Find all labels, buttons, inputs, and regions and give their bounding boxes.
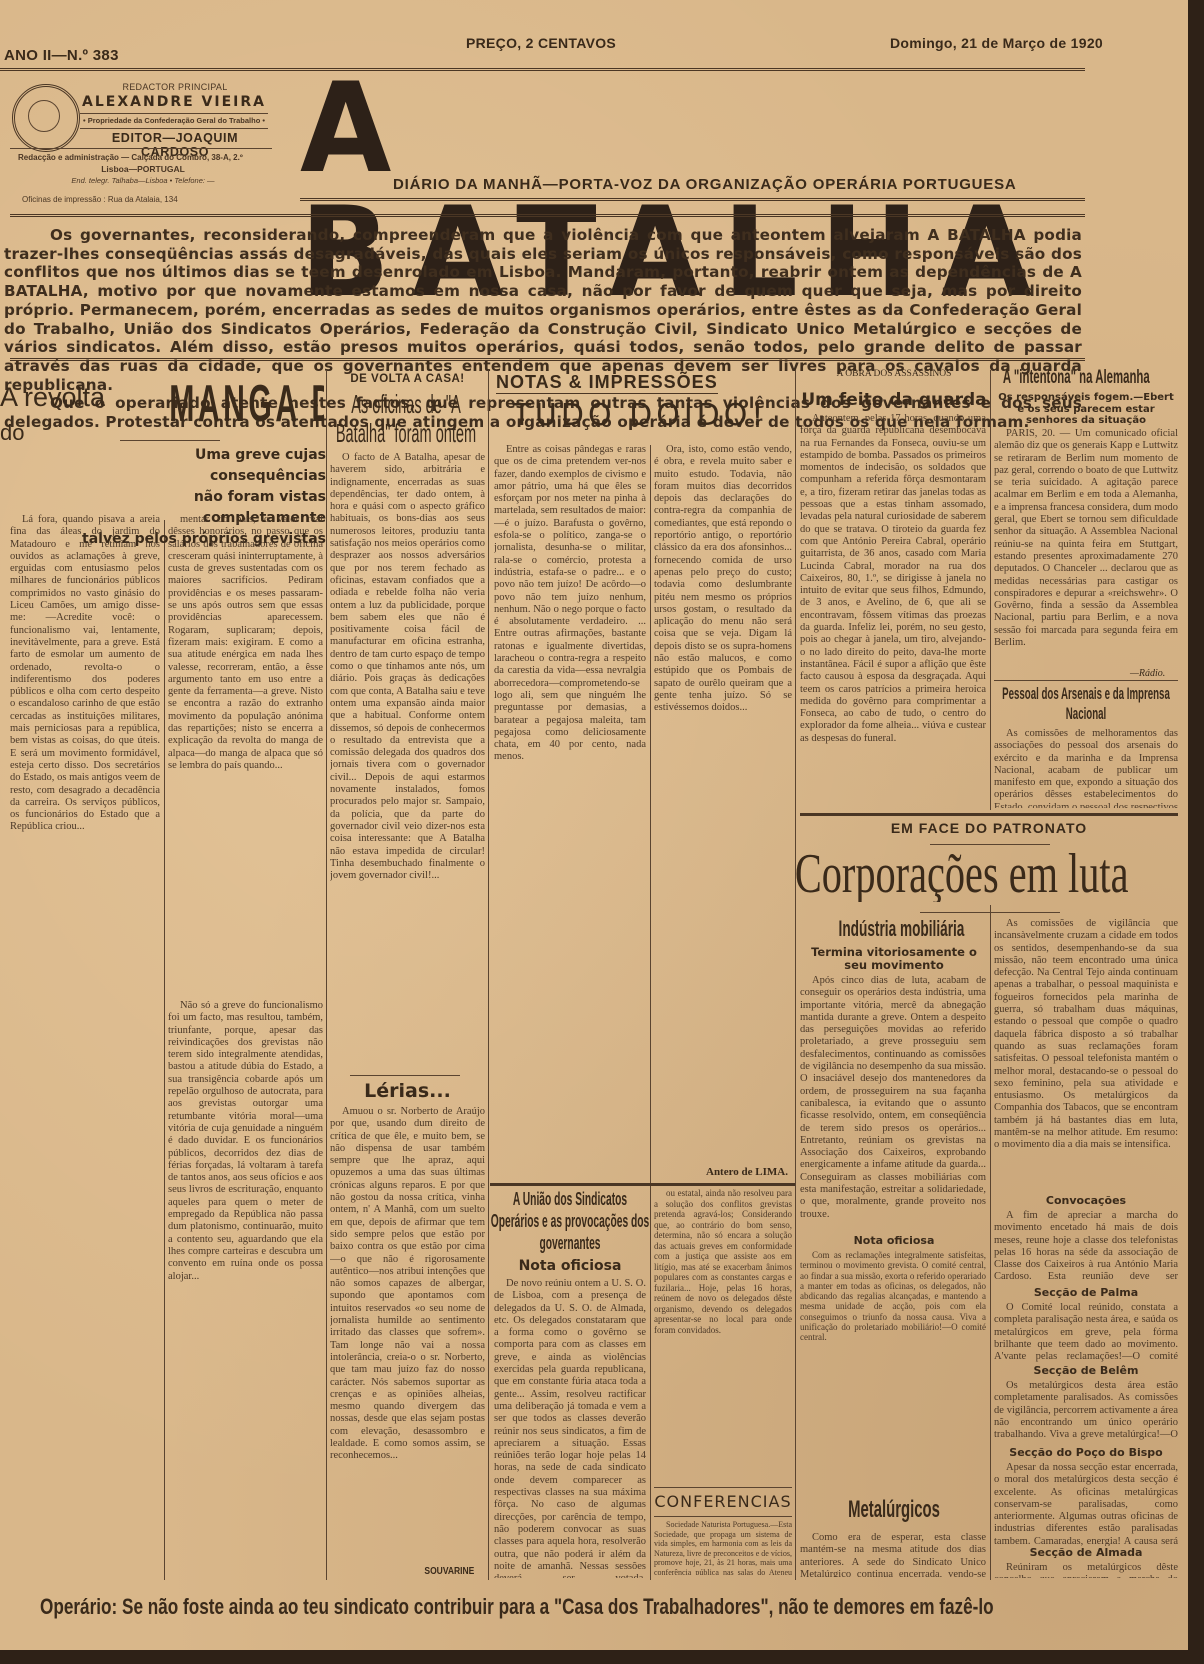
metal-title: Metalúrgicos <box>848 1496 940 1524</box>
intentona-kicker-wrap: A "intentona" na Alemanha <box>994 367 1184 389</box>
conferencias-title: CONFERENCIAS <box>652 1492 794 1511</box>
telegraph: End. telegr. Talhaba—Lisboa • Telefone: … <box>18 176 268 185</box>
uniao-body-text: De novo reúniu ontem a U. S. O. de Lisbo… <box>494 1278 646 1578</box>
convocacoes-body: A fim de apreciar a marcha do movimento … <box>994 1210 1178 1283</box>
lerias-signature: SOUVARINE <box>424 1566 474 1577</box>
mobiliaria-deck: Termina vitoriosamente o seu movimento <box>805 946 983 972</box>
belem-body: Os metalúrgicos desta área estão complet… <box>994 1380 1178 1440</box>
lede-bottom-rule <box>10 358 1085 364</box>
oficinas-body: O facto de A Batalha, apesar de haverem … <box>330 452 485 997</box>
divider <box>350 1075 460 1076</box>
palma-title: Secção de Palma <box>994 1286 1178 1299</box>
obra-body-text: Anteontem, pelas 17 horas, quando uma fô… <box>800 413 986 745</box>
palma-body: O Comité local reúnido, constata a compl… <box>994 1302 1178 1362</box>
metal-body-text: Como era de esperar, esta classe mantém-… <box>800 1532 986 1577</box>
lerias-body: Amuou o sr. Norberto de Araújo por que, … <box>330 1106 485 1561</box>
masthead-rule <box>300 198 1085 204</box>
intentona-kicker: A "intentona" na Alemanha <box>1003 367 1150 389</box>
arsenais-title-wrap: Pessoal dos Arsenais e da Imprensa Nacio… <box>992 684 1180 728</box>
newspaper-page: ANO II—N.º 383 PREÇO, 2 CENTAVOS Domingo… <box>0 0 1188 1650</box>
nota-oficiosa-title: Nota oficiosa <box>800 1234 988 1247</box>
notas-col-2-text: Ora, isto, como estão vendo, é obra, e r… <box>654 444 792 715</box>
belem-title: Secção de Belêm <box>994 1364 1178 1377</box>
footer-banner-wrap: Operário: Se não foste ainda ao teu sind… <box>40 1594 1140 1624</box>
nota-oficiosa-body-text: Com as reclamações integralmente satisfe… <box>800 1250 986 1343</box>
corporacoes-col-2: As comissões de vigilância que incansàve… <box>994 918 1178 1190</box>
convocacoes-body-text: A fim de apreciar a marcha do movimento … <box>994 1210 1178 1283</box>
column-rule <box>990 905 991 1580</box>
metal-body: Como era de esperar, esta classe mantém-… <box>800 1532 986 1577</box>
oficinas-kicker: DE VOLTA A CASA! <box>330 373 485 385</box>
oficinas-title-wrap: As oficinas de "A Batalha" foram ontem r… <box>328 390 486 450</box>
poco-bispo-title: Secção do Poço do Bispo <box>994 1446 1178 1459</box>
poco-bispo-body-text: Apesar da nossa secção estar encerrada, … <box>994 1462 1178 1546</box>
corporacoes-title-wrap: Corporações em luta <box>790 846 1190 902</box>
arsenais-body: As comissões de melhoramentos das associ… <box>994 728 1178 808</box>
divider <box>80 113 268 114</box>
conferencias-body-text: Sociedade Naturista Portuguesa.—Esta Soc… <box>654 1520 792 1575</box>
manga-col-2: mentar do país, o valor real dêsses hono… <box>168 514 323 986</box>
revolta-kicker-2: do <box>0 420 24 446</box>
cgt-seal-icon <box>12 84 80 152</box>
column-rule <box>164 520 165 1580</box>
redactor-label: REDACTOR PRINCIPAL <box>95 82 255 92</box>
corporacoes-col-2-text: As comissões de vigilância que incansàve… <box>994 918 1178 1152</box>
conferencias-body: Sociedade Naturista Portuguesa.—Esta Soc… <box>654 1520 792 1575</box>
divider <box>80 128 268 129</box>
page-bottom-shadow <box>0 1650 1204 1664</box>
almada-body-text: Reúniram os metalúrgicos dêste concelho … <box>994 1562 1178 1578</box>
lede-top-rule <box>10 214 1085 220</box>
date: Domingo, 21 de Março de 1920 <box>890 35 1103 51</box>
oficinas-body-text: O facto de A Batalha, apesar de haverem … <box>330 452 485 882</box>
convocacoes-title: Convocações <box>994 1194 1178 1207</box>
intentona-deck: Os responsáveis fogem.—Ebert e os seus p… <box>994 392 1178 427</box>
divider <box>654 1487 792 1488</box>
printing-address: Oficinas de impressão : Rua da Atalaia, … <box>22 195 272 204</box>
notas-signature: Antero de LIMA. <box>706 1166 788 1178</box>
almada-title: Secção de Almada <box>994 1546 1178 1559</box>
footer-banner: Operário: Se não foste ainda ao teu sind… <box>40 1594 994 1620</box>
page-edge-shadow <box>1188 0 1204 1664</box>
divider <box>654 1516 792 1517</box>
issue-number: ANO II—N.º 383 <box>4 47 119 64</box>
manga-deck-1: Uma greve cujas consequências <box>82 445 326 487</box>
column-rule <box>990 370 991 810</box>
manga-col-1-text: Lá fora, quando pisava a areia fina das … <box>10 514 160 834</box>
address-city: Lisboa—PORTUGAL <box>18 164 268 174</box>
column-rule <box>795 370 796 1580</box>
divider <box>490 1183 795 1186</box>
divider <box>930 844 1050 845</box>
obra-title: Um feito da guarda <box>798 390 990 410</box>
almada-body: Reúniram os metalúrgicos dêste concelho … <box>994 1562 1178 1578</box>
notas-col-2: Ora, isto, como estão vendo, é obra, e r… <box>654 444 792 1164</box>
corporacoes-title: Corporações em luta <box>795 846 1129 902</box>
notas-title: TUDO DOIDO! <box>490 398 790 433</box>
mobiliaria-title-wrap: Indústria mobiliária <box>800 916 988 942</box>
corporacoes-kicker: EM FACE DO PATRONATO <box>800 820 1178 836</box>
mobiliaria-body-text: Após cinco dias de luta, acabam de conse… <box>800 975 986 1221</box>
column-rule <box>488 370 489 1580</box>
lerias-body-text: Amuou o sr. Norberto de Araújo por que, … <box>330 1106 485 1463</box>
mobiliaria-body: Após cinco dias de luta, acabam de conse… <box>800 975 986 1230</box>
uniao-subtitle: Nota oficiosa <box>490 1258 650 1274</box>
divider <box>994 680 1178 681</box>
address-line: Redacção e administração — Calçada do Co… <box>18 153 268 162</box>
mobiliaria-title: Indústria mobiliária <box>839 916 965 942</box>
divider <box>920 912 1060 913</box>
redactor-name: ALEXANDRE VIEIRA <box>80 94 268 110</box>
uniao-col-2-text: ou estatal, ainda não resolveu para a so… <box>654 1188 792 1335</box>
nota-oficiosa-body: Com as reclamações integralmente satisfe… <box>800 1250 986 1495</box>
metal-title-wrap: Metalúrgicos <box>800 1496 988 1528</box>
manga-title-wrap: MANGA DE ALPACA <box>114 378 324 430</box>
manga-col-2b-text: Não só a greve do funcionalismo foi um f… <box>168 1000 323 1283</box>
column-rule <box>650 445 651 1580</box>
notas-col-1: Entre as coisas pândegas e raras que os … <box>494 444 646 1184</box>
manga-col-2b: Não só a greve do funcionalismo foi um f… <box>168 1000 323 1572</box>
notas-kicker: NOTAS & IMPRESSÕES <box>496 372 718 394</box>
column-rule <box>326 370 327 1580</box>
obra-kicker: A OBRA DOS ASSASSINOS <box>800 369 988 379</box>
uniao-body: De novo reúniu ontem a U. S. O. de Lisbo… <box>494 1278 646 1578</box>
divider <box>120 440 220 441</box>
intentona-source: —Rádio. <box>1130 668 1165 679</box>
manga-col-2-text: mentar do país, o valor real dêsses hono… <box>168 514 323 772</box>
divider <box>800 813 1178 816</box>
revolta-kicker: A revolta <box>0 382 105 413</box>
arsenais-body-text: As comissões de melhoramentos das associ… <box>994 728 1178 808</box>
uniao-col-2: ou estatal, ainda não resolveu para a so… <box>654 1188 792 1458</box>
uniao-title: A União dos Sindicatos Operários e as pr… <box>490 1188 650 1254</box>
uniao-title-wrap: A União dos Sindicatos Operários e as pr… <box>490 1188 650 1258</box>
poco-bispo-body: Apesar da nossa secção estar encerrada, … <box>994 1462 1178 1546</box>
masthead-subtitle: DIÁRIO DA MANHÃ—PORTA-VOZ DA ORGANIZAÇÃO… <box>393 176 1017 193</box>
price: PREÇO, 2 CENTAVOS <box>466 35 616 51</box>
ownership: • Propriedade da Confederação Geral do T… <box>80 116 268 125</box>
oficinas-title: As oficinas de "A Batalha" foram ontem r… <box>328 390 484 450</box>
lerias-title: Lérias... <box>330 1080 485 1102</box>
obra-body: Anteontem, pelas 17 horas, quando uma fô… <box>800 413 986 798</box>
manga-col-1: Lá fora, quando pisava a areia fina das … <box>10 514 160 1572</box>
divider <box>10 148 272 149</box>
arsenais-title: Pessoal dos Arsenais e da Imprensa Nacio… <box>992 684 1180 724</box>
belem-body-text: Os metalúrgicos desta área estão complet… <box>994 1380 1178 1440</box>
intentona-body: PARIS, 20. — Um comunicado oficial alemã… <box>994 428 1178 664</box>
notas-col-1-text: Entre as coisas pândegas e raras que os … <box>494 444 646 764</box>
intentona-body-text: PARIS, 20. — Um comunicado oficial alemã… <box>994 428 1178 649</box>
manga-title: MANGA DE ALPACA <box>169 378 324 430</box>
palma-body-text: O Comité local reúnido, constata a compl… <box>994 1302 1178 1362</box>
